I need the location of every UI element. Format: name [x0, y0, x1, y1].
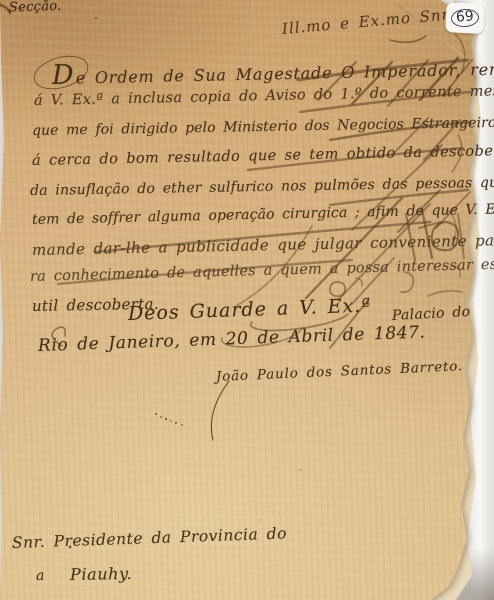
- addressee-prefix: a: [36, 568, 45, 584]
- item-number: 69: [450, 8, 479, 28]
- section-header: ª Secção.: [0, 0, 62, 16]
- photo-frame: ª Secção. Ill.mo e Ex.mo Snr. De Ordem d…: [0, 0, 494, 600]
- addressee-line-2: Piauhy.: [70, 564, 133, 584]
- item-number-sticker: 69: [445, 2, 485, 34]
